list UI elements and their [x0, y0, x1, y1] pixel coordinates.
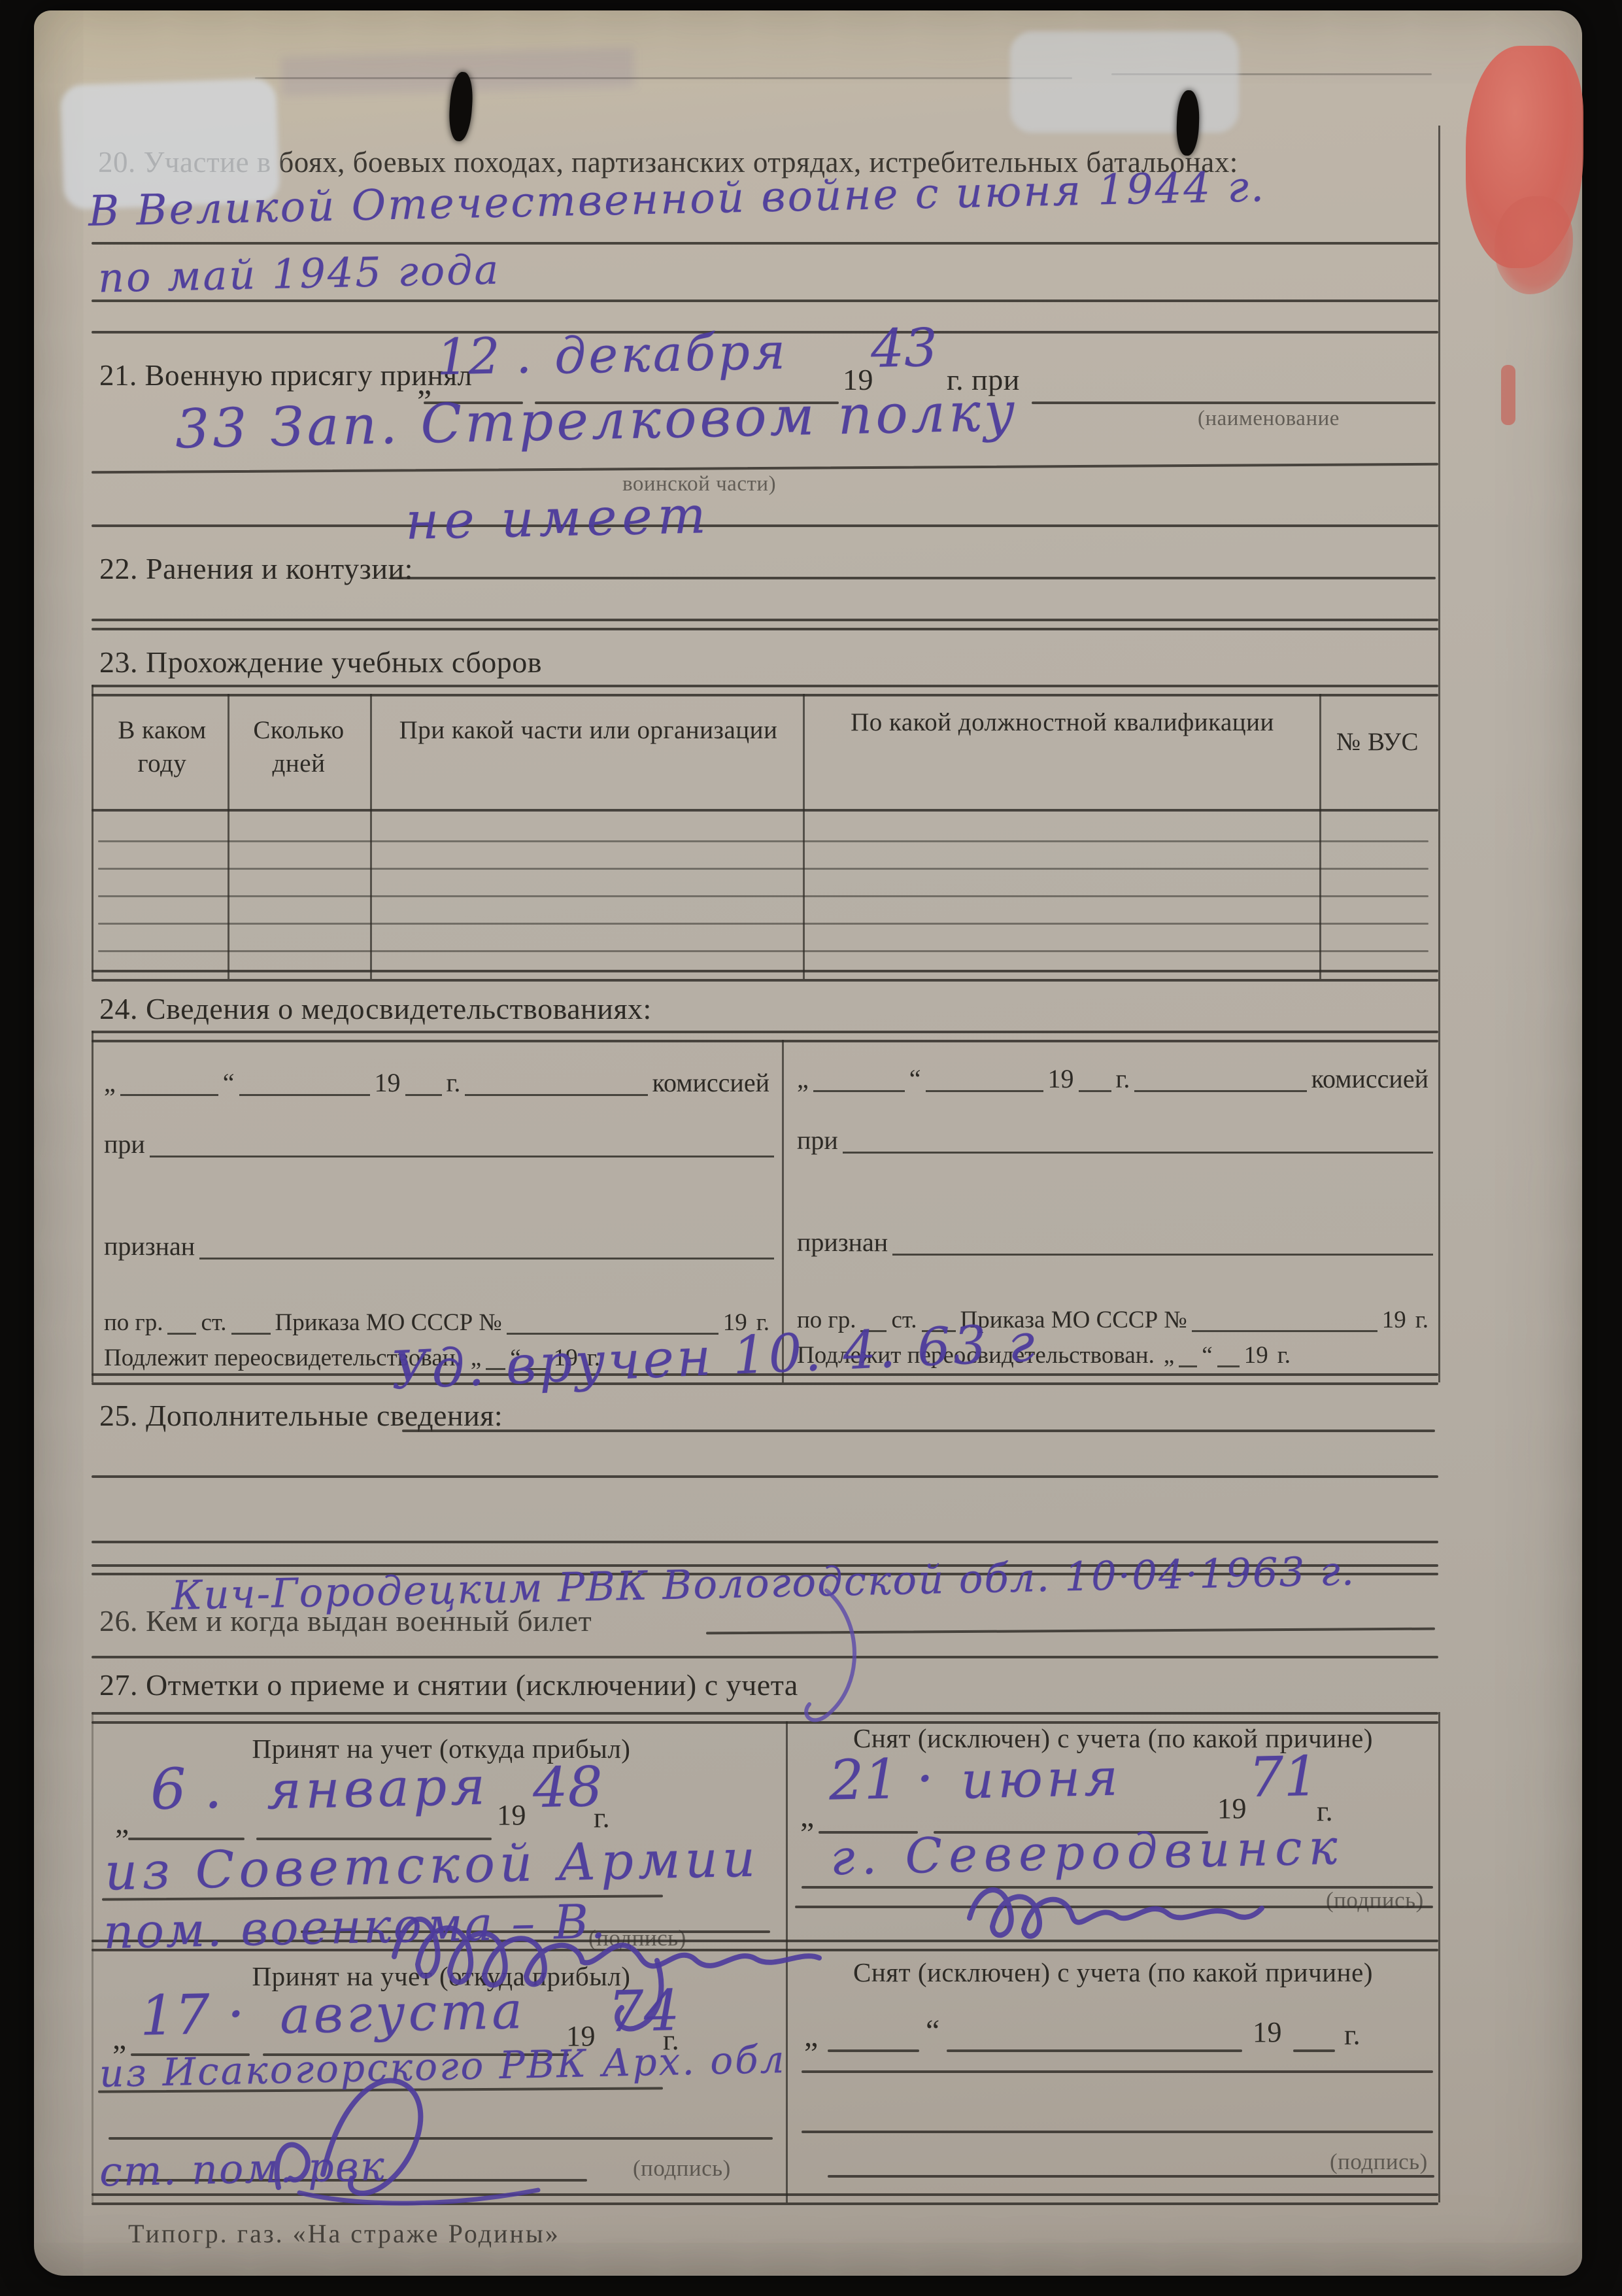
ruled-line: [128, 1838, 245, 1840]
section23-label: 23. Прохождение учебных сборов: [99, 645, 542, 679]
ruled-line: [92, 628, 1438, 630]
komissiey-label: комиссией: [1307, 1066, 1433, 1092]
ruled-line: [92, 1712, 1438, 1715]
ruled-line: [92, 1031, 1438, 1033]
ruled-line: [92, 1541, 1438, 1543]
border-line: [92, 1031, 93, 1382]
section21-hw-month: декабря: [554, 322, 788, 385]
printed-g: г.: [1111, 1066, 1135, 1092]
ruled-line: [92, 1656, 1438, 1658]
med-left-date-row: „“19г.комиссией: [99, 1070, 774, 1096]
ruled-line: [390, 577, 1436, 579]
border-line: [92, 1712, 93, 2202]
ruled-line: [92, 970, 1438, 972]
med-right-date-row: „“19г.комиссией: [792, 1066, 1433, 1092]
printed-19: 19: [1043, 1066, 1079, 1092]
ruled-line: [98, 950, 1428, 952]
blank-line: [405, 1086, 442, 1096]
blank-line: [926, 1082, 1043, 1092]
signature-scribble-remove1: [960, 1862, 1267, 1947]
quote-open: „: [1159, 1343, 1179, 1367]
section21-label: 21. Военную присягу принял: [99, 358, 473, 392]
accept2-hw-day: 17 ·: [139, 1981, 245, 2048]
quote-close: “: [218, 1070, 239, 1096]
printed-19: 19: [370, 1070, 405, 1096]
signature-scribble-accept2: [260, 2053, 554, 2217]
podpis-label-accept2: (подпись): [633, 2155, 731, 2182]
remove1-hw-month: июня: [960, 1748, 1123, 1810]
ruled-line: [92, 242, 1438, 245]
ruled-line: [92, 1475, 1438, 1478]
print-shop-imprint: Типогр. газ. «На страже Родины»: [128, 2218, 560, 2249]
ruled-line: [828, 2049, 919, 2052]
blank-line: [167, 1325, 196, 1335]
ruled-line: [92, 685, 1438, 687]
printed-g: г.: [1411, 1308, 1433, 1332]
border-line: [92, 685, 93, 979]
quote-close: “: [905, 1066, 926, 1092]
signature-scribble-accept1: [382, 1878, 860, 2035]
accept1-hw-month: января: [266, 1755, 490, 1821]
printed-g: г.: [442, 1070, 465, 1096]
section21-hw-day: 12 .: [436, 326, 532, 386]
border-line: [228, 694, 229, 979]
blank-line: [892, 1246, 1433, 1256]
blank-line: [843, 1144, 1433, 1154]
printed-19: 19: [497, 1798, 526, 1832]
blank-line: [231, 1325, 271, 1335]
red-ink-streak: [1501, 365, 1515, 425]
section23-col-header-vus: № ВУС: [1322, 726, 1433, 759]
blank-line: [1079, 1082, 1111, 1092]
po-gr-label: по гр.: [99, 1311, 167, 1335]
ruled-line: [92, 524, 1438, 527]
st-label: ст.: [196, 1311, 231, 1335]
ruled-line: [98, 923, 1428, 925]
border-line: [1319, 694, 1321, 979]
blank-line: [150, 1148, 774, 1157]
priznan-label: признан: [792, 1229, 892, 1256]
section25-label: 25. Дополнительные сведения:: [99, 1398, 503, 1433]
accept1-hw-year: 48: [532, 1755, 603, 1820]
border-line: [1438, 126, 1440, 1382]
section23-col-header-qualification: По какой должностной квалификации: [824, 706, 1301, 740]
ruled-line: [92, 619, 1438, 621]
border-line: [370, 694, 372, 979]
blank-line: [199, 1250, 774, 1259]
blank-line: [1192, 1322, 1377, 1332]
quote-open: „: [800, 1798, 815, 1834]
printed-19: 19: [1217, 1792, 1247, 1825]
printed-19: 19: [1377, 1308, 1411, 1332]
ruled-line: [92, 694, 1438, 696]
ruled-line: [802, 2131, 1433, 2133]
podpis-label-remove2: (подпись): [1330, 2149, 1428, 2175]
ruled-line: [802, 2070, 1433, 2073]
ruled-line: [98, 840, 1428, 842]
blank-line: [1134, 1082, 1306, 1092]
section22-handwriting: не имеет: [405, 486, 711, 551]
section21-caption-name: (наименование: [1198, 407, 1340, 431]
ruled-line: [947, 2049, 1242, 2052]
remove-header-row2: Снят (исключен) с учета (по какой причин…: [794, 1955, 1432, 1990]
ruled-line: [1293, 2049, 1335, 2052]
podpis-label-remove1: (подпись): [1326, 1887, 1424, 1913]
quote-open: „: [115, 1805, 129, 1841]
section20-handwriting-line2: по май 1945 года: [97, 246, 501, 302]
ruled-line: [402, 1430, 1435, 1432]
printed-19: 19: [1240, 1343, 1273, 1367]
quote-close: “: [926, 2013, 940, 2049]
med-left-pri-row: при: [99, 1131, 774, 1157]
blank-line: [813, 1082, 905, 1092]
blank-line: [239, 1086, 370, 1096]
section23-col-header-unit: При какой части или организации: [392, 714, 785, 747]
med-right-pri-row: при: [792, 1127, 1433, 1154]
ruled-line: [255, 77, 1072, 79]
section23-col-header-year: В каком году: [98, 714, 226, 780]
remove1-hw-day: 21 ·: [828, 1746, 934, 1812]
white-patch-top-middle: [1010, 31, 1239, 133]
section24-label: 24. Сведения о медосвидетельствованиях:: [99, 991, 652, 1026]
komissiey-label: комиссией: [648, 1070, 774, 1096]
accept1-hw-day: 6 .: [150, 1756, 222, 1823]
ruled-line: [92, 809, 1438, 812]
printed-g: г.: [1344, 2018, 1360, 2051]
section22-label: 22. Ранения и контузии:: [99, 551, 413, 586]
section21-hw-year: 43: [870, 317, 938, 379]
section27-label: 27. Отметки о приеме и снятии (исключени…: [99, 1668, 798, 1702]
blank-line: [1217, 1358, 1240, 1367]
blank-line: [465, 1086, 647, 1096]
blank-line: [120, 1086, 218, 1096]
pri-label: при: [99, 1131, 150, 1157]
med-right-priznan-row: признан: [792, 1229, 1433, 1256]
priznan-label: признан: [99, 1233, 199, 1259]
printed-19: 19: [1253, 2015, 1282, 2049]
section23-col-header-days: Сколько дней: [230, 714, 367, 780]
scanned-military-document: { "doc": { "tpl": { "open_quote": "„", "…: [0, 0, 1622, 2296]
ruled-line: [92, 300, 1438, 302]
remove1-hw-year: 71: [1248, 1744, 1319, 1809]
border-line: [803, 694, 805, 979]
ruled-line: [98, 868, 1428, 870]
ruled-line: [92, 1040, 1438, 1042]
border-line: [1438, 1712, 1440, 2202]
prikaz-label: Приказа МО СССР №: [271, 1311, 507, 1335]
quote-close: “: [1197, 1343, 1217, 1367]
pri-label: при: [792, 1127, 843, 1154]
quote-open: „: [792, 1066, 813, 1092]
pen-stroke-flourish: [771, 1585, 876, 1742]
printed-g: г.: [1273, 1343, 1295, 1367]
ruled-line: [828, 2175, 1434, 2178]
blank-line: [1179, 1358, 1197, 1367]
ruled-line: [92, 979, 1438, 982]
quote-open: „: [99, 1070, 120, 1096]
med-left-priznan-row: признан: [99, 1233, 774, 1259]
ruled-line: [98, 895, 1428, 897]
ruled-line: [1032, 402, 1436, 404]
